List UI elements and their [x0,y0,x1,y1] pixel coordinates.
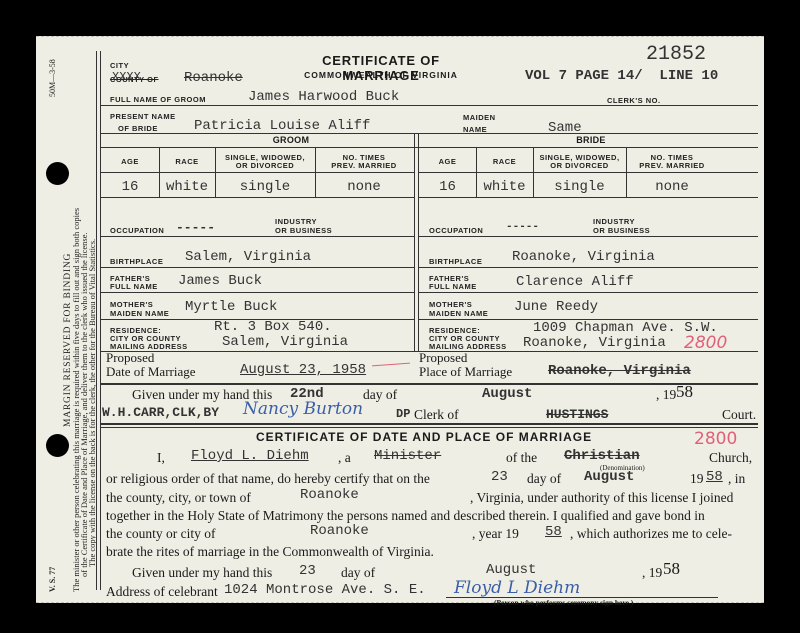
bride-race-header: RACE [476,158,533,166]
bond-year-label: , year 19 [472,526,519,542]
bride-industry-label-1: INDUSTRY [593,218,635,226]
groom-mother: Myrtle Buck [185,299,277,315]
certificate-number: 21852 [646,43,706,66]
red-annotation-1: 2800 [684,333,727,353]
groom-age-header: AGE [101,158,159,166]
bride-industry-label-2: OR BUSINESS [593,227,650,235]
cert2-given-text: Given under my hand this [132,565,272,581]
license-month: August [482,386,532,402]
cert2-line-2: or religious order of that name, do here… [106,471,430,487]
bride-times-married: none [626,179,718,195]
clerk-of-label: Clerk of [414,407,459,423]
groom-occupation-label: OCCUPATION [110,227,164,235]
center-divider [414,133,415,351]
bride-birthplace-label: BIRTHPLACE [429,258,482,266]
marriage-certificate: 50M—3-58 V. S. 77 MARGIN RESERVED FOR BI… [36,36,764,603]
rule [419,236,758,237]
red-pen-mark [372,363,410,367]
cert2-line-6: brate the rites of marriage in the Commo… [106,544,434,560]
cert2-line-3: the county, city, or town of [106,490,251,506]
bride-times-header-2: PREV. MARRIED [626,162,718,170]
bond-year: 58 [545,524,562,540]
binding-margin: 50M—3-58 V. S. 77 MARGIN RESERVED FOR BI… [36,37,94,602]
rule [101,236,414,237]
rule [101,172,414,173]
groom-birthplace: Salem, Virginia [185,249,311,265]
groom-father: James Buck [178,273,262,289]
proposed-place-value: Roanoke, Virginia [548,363,691,379]
bride-occupation-label: OCCUPATION [429,227,483,235]
groom-birthplace-label: BIRTHPLACE [110,258,163,266]
groom-section-header: GROOM [216,135,366,145]
county-struck: XXXX [112,70,141,84]
bride-name-label-2: OF BRIDE [118,125,158,133]
rule [101,427,758,428]
church-label: Church, [709,450,752,466]
groom-times-header-2: PREV. MARRIED [315,162,413,170]
cert2-line-5: the county or city of [106,526,215,542]
clerks-no-label: CLERK'S NO. [607,97,661,105]
rule [101,147,758,148]
groom-name-value: James Harwood Buck [248,89,399,105]
groom-occupation: ----- [176,220,215,235]
rule [419,172,758,173]
certificate-subtitle: COMMONWEALTH OF VIRGINIA [286,70,476,80]
celebrant-signature: Floyd L Diehm [454,578,580,598]
bride-age: 16 [419,179,476,195]
license-year-prefix: , 19 [656,387,676,403]
bride-status: single [533,179,626,195]
dp-label: DP [396,407,410,421]
groom-industry-label-2: OR BUSINESS [275,227,332,235]
form-code: 50M—3-58 [48,59,57,97]
groom-name-label: FULL NAME OF GROOM [110,96,206,104]
address-label: Address of celebrant [106,584,218,600]
margin-rule [96,51,101,590]
cert2-given-day: 23 [299,563,316,579]
city-label: CITY [110,62,129,70]
court-label: Court. [722,407,756,423]
groom-mother-label-1: MOTHER'S [110,301,153,309]
bride-birthplace: Roanoke, Virginia [512,249,655,265]
bride-section-header: BRIDE [516,135,666,145]
marriage-year-prefix: 19 [690,471,704,487]
cert2-line-3-rest: , Virginia, under authority of this lice… [470,490,733,506]
marriage-town: Roanoke [300,487,359,503]
rule [101,133,758,134]
celebrant-name: Floyd L. Diehm [191,448,309,464]
cert2-line-4: together in the Holy State of Matrimony … [106,508,705,524]
bond-city: Roanoke [310,523,369,539]
bride-father: Clarence Aliff [516,274,634,290]
celebrant-title: Minister [374,448,441,464]
marriage-month: August [584,469,634,485]
groom-father-label-2: FULL NAME [110,283,158,291]
cert2-a: , a [338,450,351,466]
groom-residence-line-2: Salem, Virginia [222,334,348,350]
groom-mother-label-2: MAIDEN NAME [110,310,169,318]
bride-age-header: AGE [419,158,476,166]
cert2-line-5-rest: , which authorizes me to cele- [570,526,732,542]
proposed-date-value: August 23, 1958 [240,362,366,378]
vol-page-line: VOL 7 PAGE 14/ LINE 10 [525,68,718,84]
cert2-given-day-of: day of [341,565,375,581]
cert2-in: , in [728,471,745,487]
bride-residence-line-2: Roanoke, Virginia [523,335,666,351]
bride-father-label-2: FULL NAME [429,283,477,291]
bride-mother-label-1: MOTHER'S [429,301,472,309]
rule [101,105,758,106]
bride-name-value: Patricia Louise Aliff [194,118,370,134]
signature-caption: (Person who performs ceremony sign here.… [494,598,633,607]
rule [419,267,758,268]
court-name: HUSTINGS [546,407,608,422]
rule [419,292,758,293]
license-day-of: day of [363,387,397,403]
groom-race-header: RACE [159,158,215,166]
cert2-of-the: of the [506,450,537,466]
bride-race: white [476,179,533,195]
marriage-day-of: day of [527,471,561,487]
bride-status-header-2: OR DIVORCED [533,162,626,170]
groom-times-married: none [315,179,413,195]
rule [101,292,414,293]
rule [101,383,758,385]
cert2-i: I, [157,450,165,466]
cert2-given-year: 58 [663,559,680,579]
denomination: Christian [564,448,640,464]
bride-name-label-1: PRESENT NAME [110,113,176,121]
groom-status-header-2: OR DIVORCED [215,162,315,170]
marriage-year: 58 [706,469,723,485]
rule [101,423,758,425]
rule [419,197,758,198]
address-value: 1024 Montrose Ave. S. E. [224,582,426,598]
cert2-given-year-prefix: , 19 [642,565,662,581]
red-annotation-2: 2800 [694,429,737,449]
bride-occupation: ----- [506,221,539,233]
certificate2-title: CERTIFICATE OF DATE AND PLACE OF MARRIAG… [256,430,592,444]
bride-mother-label-2: MAIDEN NAME [429,310,488,318]
groom-residence-line-1: Rt. 3 Box 540. [214,319,332,335]
vs-code: V. S. 77 [48,567,57,592]
cert2-given-month: August [486,562,536,578]
clerk-signature: Nancy Burton [243,399,363,419]
groom-industry-label-1: INDUSTRY [275,218,317,226]
proposed-place-label-2: Place of Marriage [419,364,512,380]
county-value: Roanoke [184,70,243,86]
rule [101,267,414,268]
proposed-date-label-2: Date of Marriage [106,364,196,380]
clerk-typed: W.H.CARR,CLK,BY [102,405,219,420]
bride-mother: June Reedy [514,299,598,315]
groom-age: 16 [101,179,159,195]
maiden-label-1: MAIDEN [463,114,496,122]
groom-race: white [159,179,215,195]
marriage-day: 23 [491,469,508,485]
rule [101,197,414,198]
license-year: 58 [676,382,693,402]
groom-status: single [215,179,315,195]
